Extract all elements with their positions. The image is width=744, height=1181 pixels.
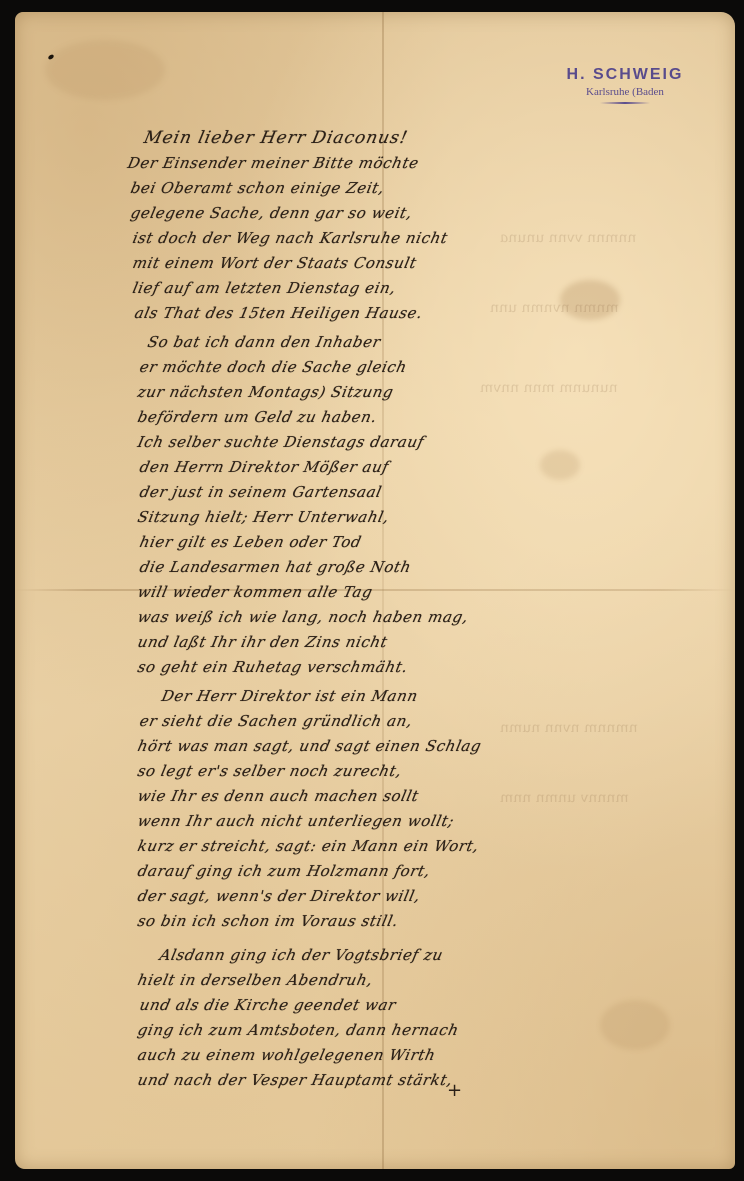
letter-line: hier gilt es Leben oder Tod — [138, 533, 363, 551]
stamp-city: Karlsruhe (Baden — [560, 86, 690, 99]
stamp-underline — [600, 102, 650, 104]
letter-salutation: Mein lieber Herr Diaconus! — [142, 128, 410, 148]
bleed-through-text: nununm mnn nnvm — [479, 380, 620, 396]
letter-line: und laßt Ihr ihr den Zins nicht — [136, 633, 389, 651]
letter-line: befördern um Geld zu haben. — [136, 408, 379, 426]
letter-line: und nach der Vesper Hauptamt stärkt, — [136, 1071, 454, 1089]
letter-line: mit einem Wort der Staats Consult — [131, 254, 418, 272]
letter-line: Der Einsender meiner Bitte möchte — [126, 154, 421, 172]
bleed-through-text: nmnnm nvnn numn — [499, 720, 640, 736]
letter-line: so legt er's selber noch zurecht, — [136, 762, 404, 780]
letter-line: gelegene Sache, denn gar so weit, — [129, 204, 414, 222]
bleed-through-text: mnnnv unmn nnm — [499, 790, 631, 806]
letter-line: auch zu einem wohlgelegenen Wirth — [136, 1046, 437, 1064]
letter-line: wie Ihr es denn auch machen sollt — [136, 787, 421, 805]
age-stain — [45, 40, 165, 100]
age-stain — [600, 1000, 670, 1050]
letter-line: was weiß ich wie lang, noch haben mag, — [136, 608, 470, 626]
letter-line: hört was man sagt, und sagt einen Schlag — [136, 737, 483, 755]
letter-line: kurz er streicht, sagt: ein Mann ein Wor… — [136, 837, 481, 855]
letter-line: der just in seinem Gartensaal — [138, 483, 384, 501]
letter-line: lief auf am letzten Dienstag ein, — [131, 279, 398, 297]
letter-line: bei Oberamt schon einige Zeit, — [129, 179, 386, 197]
letter-line: darauf ging ich zum Holzmann fort, — [136, 862, 432, 880]
letter-line: so geht ein Ruhetag verschmäht. — [136, 658, 410, 676]
bleed-through-text: nnmnn vvnn ununa — [499, 230, 638, 246]
bleed-through-text: mnmn nvnmn unn — [489, 300, 621, 316]
letter-line: der sagt, wenn's der Direktor will, — [136, 887, 422, 905]
closing-cross-mark: + — [447, 1080, 462, 1101]
letter-line: er möchte doch die Sache gleich — [138, 358, 409, 376]
letter-line: wenn Ihr auch nicht unterliegen wollt; — [136, 812, 456, 830]
letter-line: er sieht die Sachen gründlich an, — [138, 712, 414, 730]
age-stain — [540, 450, 580, 480]
letter-line: zur nächsten Montags) Sitzung — [136, 383, 395, 401]
letter-line: Sitzung hielt; Herr Unterwahl, — [136, 508, 391, 526]
letter-line: So bat ich dann den Inhaber — [146, 333, 382, 351]
letter-line: den Herrn Direktor Mößer auf — [138, 458, 391, 476]
letter-line: die Landesarmen hat große Noth — [138, 558, 413, 576]
scanned-letter-page: nnmnn vvnn ununa mnmn nvnmn unn nununm m… — [0, 0, 744, 1181]
letter-line: als That des 15ten Heiligen Hause. — [133, 304, 424, 322]
stamp-name: H. SCHWEIG — [560, 66, 690, 84]
letter-line: Alsdann ging ich der Vogtsbrief zu — [158, 946, 445, 964]
letter-line: Der Herr Direktor ist ein Mann — [160, 687, 420, 705]
letter-line: so bin ich schon im Voraus still. — [136, 912, 400, 930]
letter-line: Ich selber suchte Dienstags darauf — [136, 433, 426, 451]
letter-line: hielt in derselben Abendruh, — [136, 971, 375, 989]
letter-line: will wieder kommen alle Tag — [136, 583, 374, 601]
letter-line: ist doch der Weg nach Karlsruhe nicht — [131, 229, 450, 247]
fold-line-horizontal — [15, 589, 735, 591]
letter-line: und als die Kirche geendet war — [138, 996, 398, 1014]
letter-line: ging ich zum Amtsboten, dann hernach — [136, 1021, 461, 1039]
ink-stamp: H. SCHWEIG Karlsruhe (Baden — [560, 66, 690, 104]
